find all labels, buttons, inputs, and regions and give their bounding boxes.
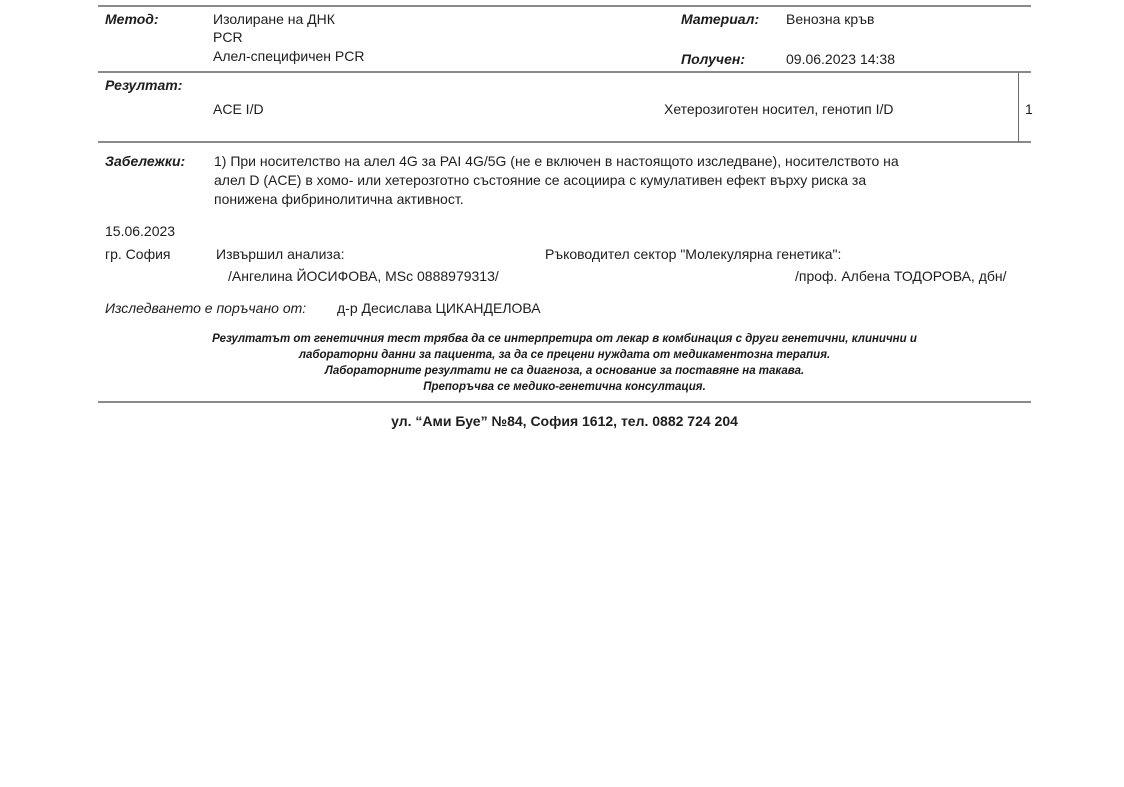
disclaimer-line-2: лабораторни данни за пациента, за да се …: [98, 347, 1031, 363]
method-line-1: Изолиране на ДНК: [213, 11, 335, 27]
notes-line-2: алел D (ACE) в хомо- или хетерозготно съ…: [214, 172, 866, 188]
notes-line-1: 1) При носителство на алел 4G за PAI 4G/…: [214, 153, 899, 169]
method-line-2: PCR: [213, 29, 243, 45]
ordered-by-value: д-р Десислава ЦИКАНДЕЛОВА: [337, 300, 541, 316]
report-date: 15.06.2023: [105, 223, 175, 239]
result-test: ACE I/D: [213, 101, 264, 117]
head-of-sector-name: /проф. Албена ТОДОРОВА, дбн/: [795, 268, 1007, 284]
footer-address: ул. “Ами Буе” №84, София 1612, тел. 0882…: [98, 413, 1031, 429]
received-value: 09.06.2023 14:38: [786, 51, 895, 67]
top-divider: [98, 5, 1031, 7]
material-value: Венозна кръв: [786, 11, 874, 27]
performed-by-label: Извършил анализа:: [216, 246, 345, 262]
head-of-sector-label: Ръководител сектор "Молекулярна генетика…: [545, 246, 841, 262]
report-city: гр. София: [105, 246, 171, 262]
result-note-ref: 1: [1025, 101, 1033, 117]
notes-line-3: понижена фибринолитична активност.: [214, 191, 464, 207]
disclaimer: Резултатът от генетичния тест трябва да …: [98, 331, 1031, 395]
result-finding: Хетерозиготен носител, генотип I/D: [664, 101, 894, 117]
method-line-3: Алел-специфичен PCR: [213, 48, 364, 64]
result-column-divider: [1018, 72, 1019, 142]
result-divider: [98, 141, 1031, 143]
disclaimer-line-3: Лабораторните резултати не са диагноза, …: [98, 363, 1031, 379]
performed-by-name: /Ангелина ЙОСИФОВА, MSc 0888979313/: [228, 268, 499, 284]
disclaimer-line-1: Резултатът от генетичния тест трябва да …: [98, 331, 1031, 347]
method-label: Метод:: [105, 11, 159, 27]
disclaimer-divider: [98, 401, 1031, 403]
ordered-by-label: Изследването е поръчано от:: [105, 300, 306, 316]
received-label: Получен:: [681, 51, 745, 67]
method-divider: [98, 71, 1031, 73]
material-label: Материал:: [681, 11, 759, 27]
disclaimer-line-4: Препоръчва се медико-генетична консултац…: [98, 379, 1031, 395]
notes-label: Забележки:: [105, 153, 185, 169]
result-label: Резултат:: [105, 77, 182, 93]
